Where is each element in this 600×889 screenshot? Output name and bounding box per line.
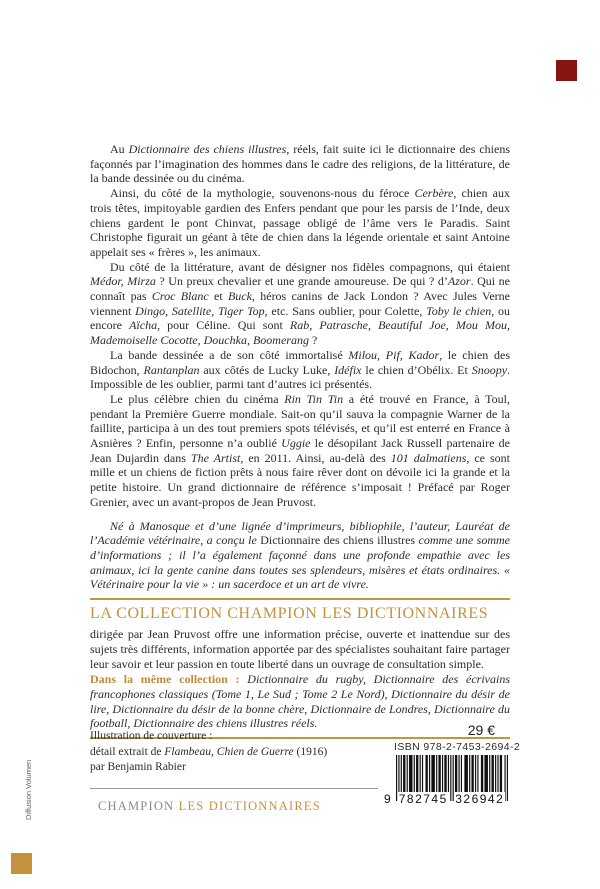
back-cover-text: Au Dictionnaire des chiens illustres, ré… [90, 142, 510, 744]
diffusion-edge-label: Diffusion Volumen [24, 750, 33, 820]
author-bio-paragraph: Né à Manosque et d’une lignée d’imprimeu… [90, 519, 510, 593]
collection-intro: dirigée par Jean Pruvost offre une infor… [90, 627, 510, 671]
footer-brand: CHAMPION LES DICTIONNAIRES [98, 799, 321, 814]
cover-credits: Illustration de couverture : détail extr… [90, 729, 370, 776]
barcode: ISBN 978-2-7453-2694-2 [384, 741, 508, 803]
barcode-digits-left: 782745 [398, 792, 449, 806]
collection-title: LA COLLECTION CHAMPION LES DICTIONNAIRES [90, 605, 510, 623]
section-rule-top [90, 598, 510, 600]
series-label: LES DICTIONNAIRES [179, 799, 321, 813]
body-paragraph: Au Dictionnaire des chiens illustres, ré… [90, 142, 510, 186]
barcode-digit-lead: 9 [384, 792, 395, 806]
book-back-cover: Diffusion Volumen Au Dictionnaire des ch… [0, 0, 600, 889]
isbn-label: ISBN 978-2-7453-2694-2 [394, 741, 508, 753]
cover-credit-line: par Benjamin Rabier [90, 760, 370, 776]
cover-credit-line: Illustration de couverture : [90, 729, 370, 745]
corner-accent-red [556, 60, 577, 81]
body-paragraph: Ainsi, du côté de la mythologie, souveno… [90, 186, 510, 260]
price-label: 29 € [368, 722, 508, 738]
cover-credit-line: détail extrait de Flambeau, Chien de Gue… [90, 745, 370, 761]
price-and-barcode: 29 € ISBN 978-2-7453-2694-2 [368, 722, 508, 803]
body-paragraph: Le plus célèbre chien du cinéma Rin Tin … [90, 392, 510, 510]
barcode-digits-right: 326942 [455, 792, 506, 806]
barcode-digits: 9 782745 326942 [384, 792, 508, 806]
corner-accent-gold [11, 853, 32, 874]
publisher-label: CHAMPION [98, 799, 174, 813]
body-paragraph: Du côté de la littérature, avant de dési… [90, 260, 510, 348]
body-paragraph: La bande dessinée a de son côté immortal… [90, 348, 510, 392]
footer-rule [90, 788, 378, 789]
